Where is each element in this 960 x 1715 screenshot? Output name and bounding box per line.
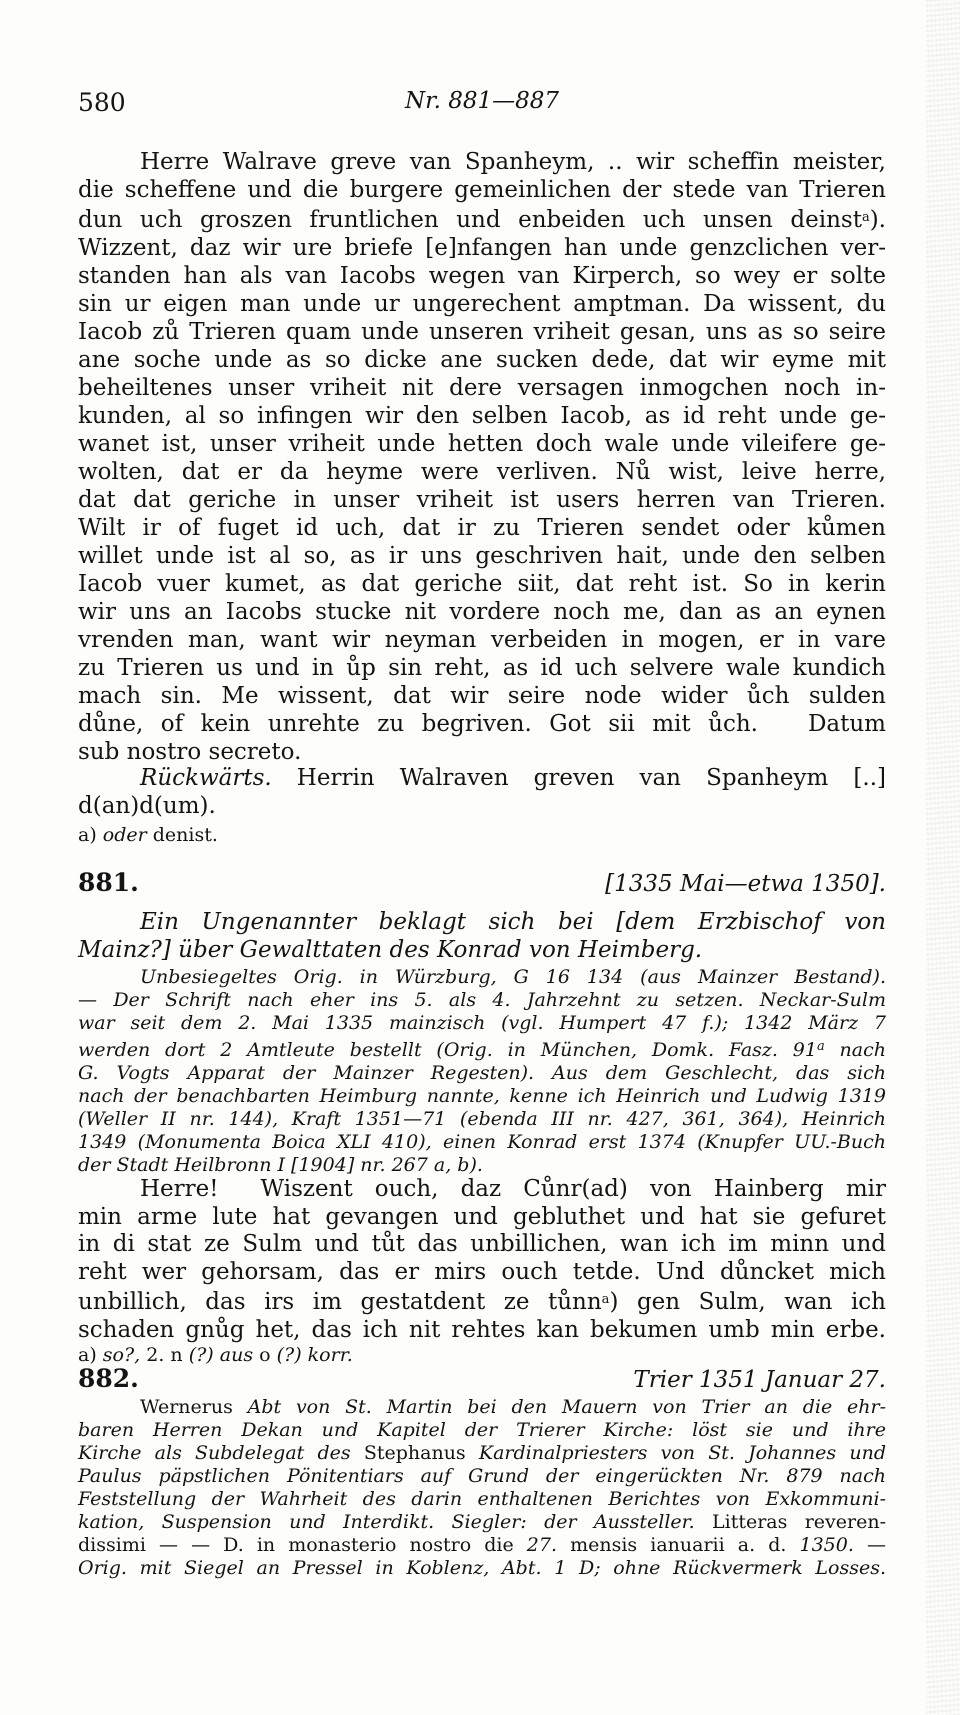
text-line: kation, Suspension und Interdikt. Siegle… [78,1511,886,1534]
text-line: a) so?, 2. n (?) aus o (?) korr. [78,1344,886,1366]
text-line: min arme lute hat gevangen und gebluthet… [78,1204,886,1232]
letter-continuation-text: Herre Walrave greve van Spanheym, .. wir… [78,148,886,766]
text-line: Ein Ungenannter beklagt sich bei [dem Er… [78,908,886,936]
text-line: dat dat geriche in unser vriheit ist use… [78,486,886,514]
text-line: Wernerus Abt von St. Martin bei den Maue… [78,1396,886,1419]
text-line: werden dort 2 Amtleute bestellt (Orig. i… [78,1035,886,1062]
running-title: Nr. 881—887 [78,88,886,114]
text-line: der Stadt Heilbronn I [1904] nr. 267 a, … [78,1154,886,1177]
text-line: vrenden man, want wir neyman verbeiden i… [78,626,886,654]
entry-882-summary: Wernerus Abt von St. Martin bei den Maue… [78,1396,886,1580]
text-line: zu Trieren us und in ůp sin reht, as id … [78,654,886,682]
entry-881-source-note: Unbesiegeltes Orig. in Würzburg, G 16 13… [78,966,886,1177]
text-line: Unbesiegeltes Orig. in Würzburg, G 16 13… [78,966,886,989]
text-line: die scheffene und die burgere gemeinlich… [78,176,886,204]
text-line: sin ur eigen man unde ur ungerechent amp… [78,290,886,318]
text-line: d(an)d(um). [78,792,886,820]
text-line: reht wer gehorsam, das er mirs ouch tetd… [78,1259,886,1287]
text-line: — Der Schrift nach eher ins 5. als 4. Ja… [78,989,886,1012]
entry-881-heading: 881. [1335 Mai—etwa 1350]. [78,868,886,897]
text-line: war seit dem 2. Mai 1335 mainzisch (vgl.… [78,1012,886,1035]
text-line: 1349 (Monumenta Boica XLI 410), einen Ko… [78,1131,886,1154]
text-line: Iacob zů Trieren quam unde unseren vrihe… [78,318,886,346]
text-line: baren Herren Dekan und Kapitel der Trier… [78,1419,886,1442]
text-line: nach der benachbarten Heimburg nannte, k… [78,1085,886,1108]
text-line: Wilt ir of fuget id uch, dat ir zu Trier… [78,514,886,542]
entry-882-number: 882. [78,1364,139,1393]
entry-881-date: [1335 Mai—etwa 1350]. [605,871,886,897]
text-line: Herre Walrave greve van Spanheym, .. wir… [78,148,886,176]
entry-881-letter-text: Herre!Wiszent ouch, daz Cůnr(ad) von Hai… [78,1176,886,1344]
text-line: willet unde ist al so, as ir uns geschri… [78,542,886,570]
entry-882-heading: 882. Trier 1351 Januar 27. [78,1364,886,1393]
text-line: sub nostro secreto. [78,738,886,766]
text-line: unbillich, das irs im gestatdent ze tůnn… [78,1286,886,1317]
text-line: Herre!Wiszent ouch, daz Cůnr(ad) von Hai… [78,1176,886,1204]
text-line: a) oder denist. [78,824,886,846]
scanned-book-page: 580 Nr. 881—887 Herre Walrave greve van … [0,0,960,1715]
text-line: Feststellung der Wahrheit des darin enth… [78,1488,886,1511]
text-line: ane soche unde as so dicke ane sucken de… [78,346,886,374]
entry-881-summary: Ein Ungenannter beklagt sich bei [dem Er… [78,908,886,964]
entry-882-date: Trier 1351 Januar 27. [633,1367,886,1393]
scan-noise-edge [926,0,960,1715]
text-line: G. Vogts Apparat der Mainzer Regesten). … [78,1062,886,1085]
text-line: mach sin. Me wissent, dat wir seire node… [78,682,886,710]
text-line: (Weller II nr. 144), Kraft 1351—71 (eben… [78,1108,886,1131]
text-line: Kirche als Subdelegat des Stephanus Kard… [78,1442,886,1465]
footnote-a-korr: a) so?, 2. n (?) aus o (?) korr. [78,1344,886,1366]
text-line: in di stat ze Sulm und tůt das unbillich… [78,1231,886,1259]
entry-881-number: 881. [78,868,139,897]
footnote-a-denist: a) oder denist. [78,824,886,846]
text-line: dun uch groszen fruntlichen und enbeiden… [78,204,886,234]
text-line: wir uns an Iacobs stucke nit vordere noc… [78,598,886,626]
text-line: Orig. mit Siegel an Pressel in Koblenz, … [78,1557,886,1580]
text-line: wanet ist, unser vriheit unde hetten doc… [78,430,886,458]
text-line: beheiltenes unser vriheit nit dere versa… [78,374,886,402]
text-line: Iacob vuer kumet, as dat geriche siit, d… [78,570,886,598]
text-line: Rückwärts. Herrin Walraven greven van Sp… [78,764,886,792]
text-line: kunden, al so infingen wir den selben Ia… [78,402,886,430]
page-header: 580 Nr. 881—887 [78,88,886,117]
text-line: wolten, dat er da heyme were verliven. N… [78,458,886,486]
footnote-marker: a [862,210,870,225]
footnote-marker: a [817,1039,825,1054]
verso-note: Rückwärts. Herrin Walraven greven van Sp… [78,764,886,820]
text-line: Mainz?] über Gewalttaten des Konrad von … [78,936,886,964]
text-line: důne, of kein unrehte zu begriven. Got s… [78,710,886,738]
text-line: dissimi — — D. in monasterio nostro die … [78,1534,886,1557]
text-line: Wizzent, daz wir ure briefe [e]nfangen h… [78,234,886,262]
text-line: standen han als van Iacobs wegen van Kir… [78,262,886,290]
text-line: Paulus päpstlichen Pönitentiars auf Grun… [78,1465,886,1488]
text-line: schaden gnůg het, das ich nit rehtes kan… [78,1317,886,1345]
